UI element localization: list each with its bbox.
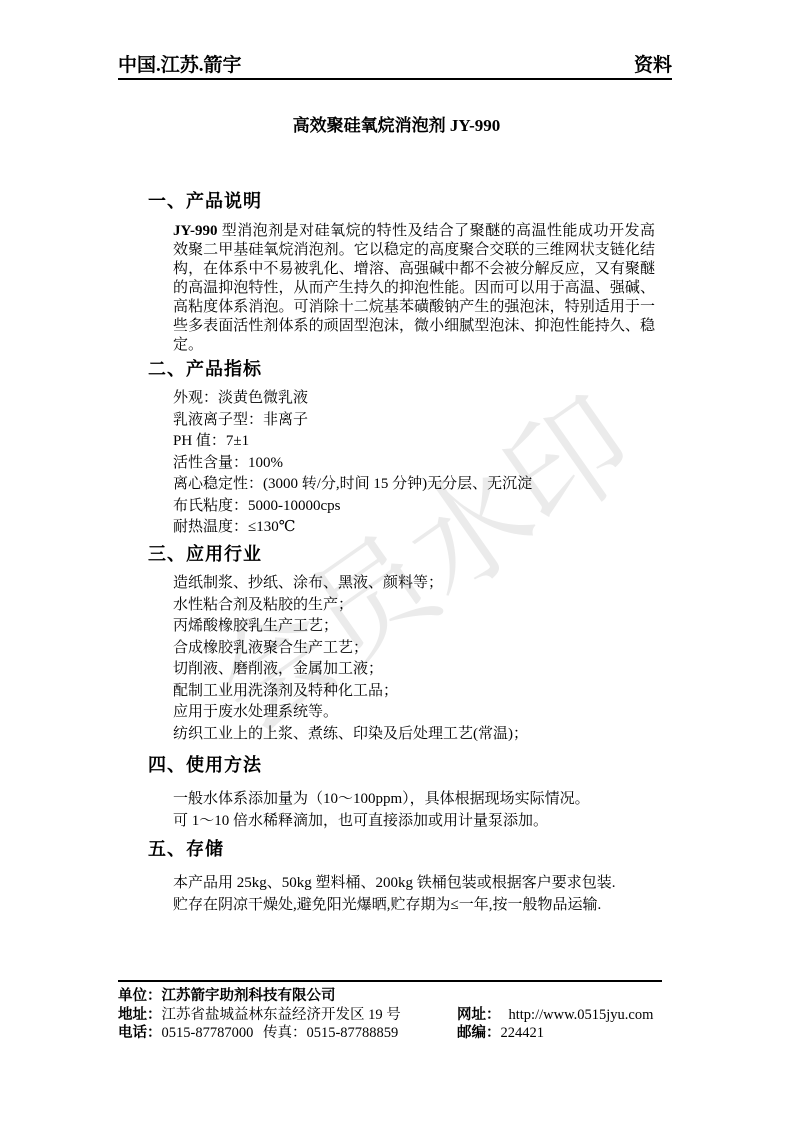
fax-value: 0515-87788859 xyxy=(306,1025,398,1041)
list-item: 纺织工业上的上浆、煮练、印染及后处理工艺(常温)； xyxy=(173,724,672,746)
section-product-description: 一、产品说明 JY-990 型消泡剂是对硅氧烷的特性及结合了聚醚的高温性能成功开… xyxy=(148,190,672,355)
list-item: 水性粘合剂及粘胶的生产； xyxy=(173,595,672,617)
zipcode-label: 邮编： xyxy=(457,1025,501,1041)
application-list: 造纸制浆、抄纸、涂布、黑液、颜料等；水性粘合剂及粘胶的生产；丙烯酸橡胶乳生产工艺… xyxy=(173,573,672,745)
document-content: 中国.江苏.箭宇 资料 高效聚硅氧烷消泡剂 JY-990 一、产品说明 JY-9… xyxy=(0,0,793,1122)
spec-list: 外观：淡黄色微乳液乳液离子型：非离子PH 值：7±1活性含量：100%离心稳定性… xyxy=(173,388,672,539)
list-item: 合成橡胶乳液聚合生产工艺； xyxy=(173,638,672,660)
list-item: 贮存在阴凉干燥处,避免阳光爆晒,贮存期为≤一年,按一般物品运输. xyxy=(173,894,672,916)
section-applications: 三、应用行业 造纸制浆、抄纸、涂布、黑液、颜料等；水性粘合剂及粘胶的生产；丙烯酸… xyxy=(148,543,672,745)
list-item: 布氏粘度：5000-10000cps xyxy=(173,496,672,518)
document-page: 会员水印 中国.江苏.箭宇 资料 高效聚硅氧烷消泡剂 JY-990 一、产品说明… xyxy=(0,0,793,1122)
unit-label: 单位： xyxy=(118,988,162,1004)
section-heading: 三、应用行业 xyxy=(148,543,672,565)
unit-value: 江苏箭宇助剂科技有限公司 xyxy=(162,988,336,1004)
list-item: 耐热温度：≤130℃ xyxy=(173,517,672,539)
list-item: 本产品用 25kg、50kg 塑料桶、200kg 铁桶包装或根据客户要求包装. xyxy=(173,872,672,894)
list-item: 丙烯酸橡胶乳生产工艺； xyxy=(173,616,672,638)
usage-list: 一般水体系添加量为（10～100ppm），具体根据现场实际情况。可 1～10 倍… xyxy=(173,788,672,832)
page-title: 高效聚硅氧烷消泡剂 JY-990 xyxy=(0,111,793,136)
zipcode-field: 邮编：224421 xyxy=(457,1024,544,1043)
section-heading: 四、使用方法 xyxy=(148,754,672,776)
list-item: 造纸制浆、抄纸、涂布、黑液、颜料等； xyxy=(173,573,672,595)
list-item: 离心稳定性：(3000 转/分,时间 15 分钟)无分层、无沉淀 xyxy=(173,474,672,496)
storage-list: 本产品用 25kg、50kg 塑料桶、200kg 铁桶包装或根据客户要求包装.贮… xyxy=(173,872,672,916)
address-value: 江苏省盐城益林东益经济开发区 19 号 xyxy=(162,1007,401,1023)
section-heading: 二、产品指标 xyxy=(148,358,672,380)
section-product-specs: 二、产品指标 外观：淡黄色微乳液乳液离子型：非离子PH 值：7±1活性含量：10… xyxy=(148,358,672,539)
website-value: http://www.0515jyu.com xyxy=(509,1007,654,1023)
footer-row-phone: 电话：0515-87787000 传真：0515-87788859 邮编：224… xyxy=(118,1024,662,1043)
description-body: 型消泡剂是对硅氧烷的特性及结合了聚醚的高温性能成功开发高效聚二甲基硅氧烷消泡剂。… xyxy=(173,223,655,353)
phone-label: 电话： xyxy=(118,1025,162,1041)
phone-value: 0515-87787000 xyxy=(162,1025,254,1041)
list-item: 应用于废水处理系统等。 xyxy=(173,702,672,724)
list-item: 乳液离子型：非离子 xyxy=(173,410,672,432)
fax-label: 传真： xyxy=(263,1025,307,1041)
zipcode-value: 224421 xyxy=(501,1025,545,1041)
list-item: 一般水体系添加量为（10～100ppm），具体根据现场实际情况。 xyxy=(173,788,672,810)
website-field: 网址：http://www.0515jyu.com xyxy=(457,1006,653,1025)
list-item: 切削液、磨削液，金属加工液； xyxy=(173,659,672,681)
list-item: PH 值：7±1 xyxy=(173,431,672,453)
header-doc-label: 资料 xyxy=(634,50,672,77)
address-label: 地址： xyxy=(118,1007,162,1023)
section-usage: 四、使用方法 一般水体系添加量为（10～100ppm），具体根据现场实际情况。可… xyxy=(148,754,672,832)
footer-row-address: 地址：江苏省盐城益林东益经济开发区 19 号 网址：http://www.051… xyxy=(118,1006,662,1025)
page-footer: 单位：江苏箭宇助剂科技有限公司 地址：江苏省盐城益林东益经济开发区 19 号 网… xyxy=(118,980,662,1043)
product-code: JY-990 xyxy=(173,223,217,239)
list-item: 外观：淡黄色微乳液 xyxy=(173,388,672,410)
page-header: 中国.江苏.箭宇 资料 xyxy=(118,52,672,80)
section-heading: 五、存储 xyxy=(148,838,672,860)
list-item: 可 1～10 倍水稀释滴加，也可直接添加或用计量泵添加。 xyxy=(173,810,672,832)
header-company-text: 中国.江苏.箭宇 xyxy=(118,50,242,77)
section-heading: 一、产品说明 xyxy=(148,190,672,212)
website-label: 网址： xyxy=(457,1007,501,1023)
section-storage: 五、存储 本产品用 25kg、50kg 塑料桶、200kg 铁桶包装或根据客户要… xyxy=(148,838,672,916)
list-item: 活性含量：100% xyxy=(173,453,672,475)
list-item: 配制工业用洗涤剂及特种化工品； xyxy=(173,681,672,703)
product-description-text: JY-990 型消泡剂是对硅氧烷的特性及结合了聚醚的高温性能成功开发高效聚二甲基… xyxy=(173,222,655,355)
footer-row-unit: 单位：江苏箭宇助剂科技有限公司 xyxy=(118,987,662,1006)
